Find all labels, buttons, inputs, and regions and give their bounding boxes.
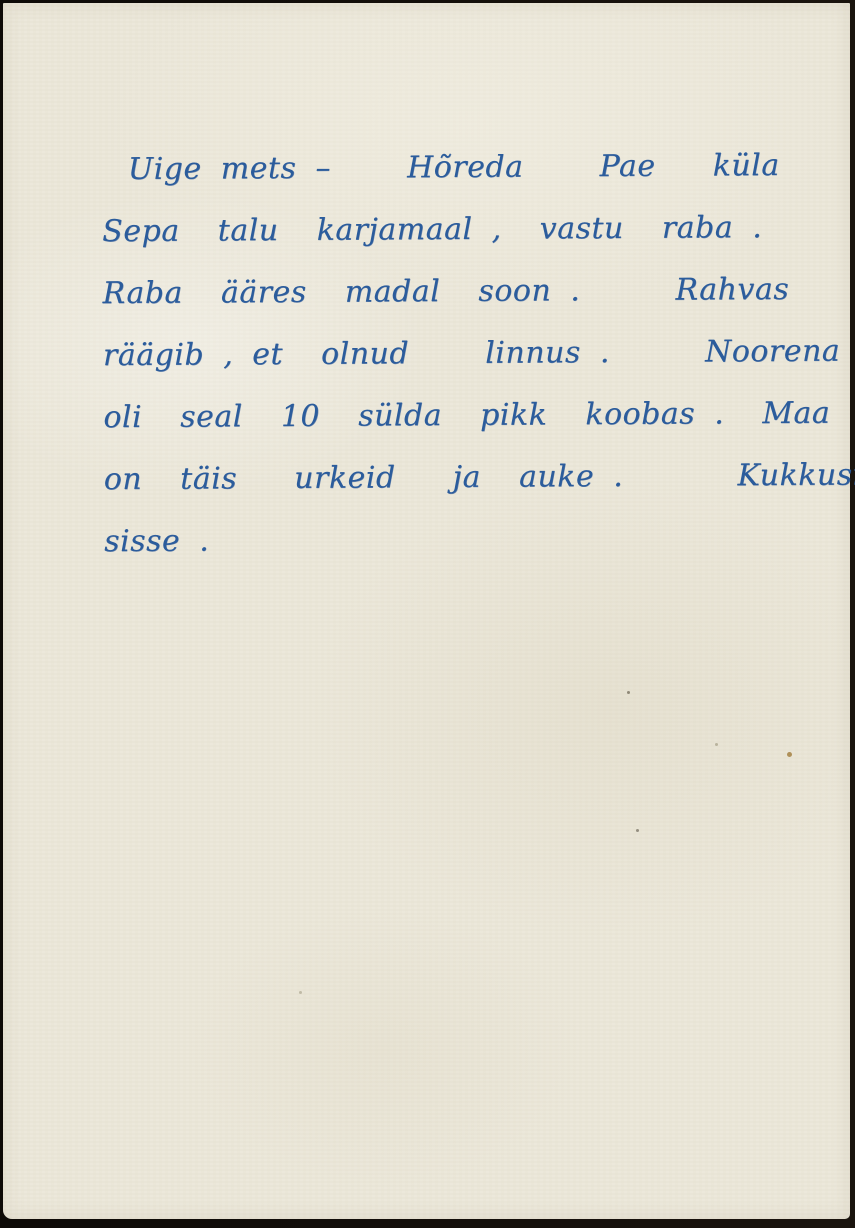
paper-speck (627, 691, 630, 694)
paper: Uige mets – Hõreda Pae küla Sepa talu ka… (3, 3, 850, 1219)
paper-speck (715, 743, 718, 746)
handwritten-line: oli seal 10 sülda pikk koobas . Maa (103, 383, 815, 449)
handwritten-line: on täis urkeid ja auke . Kukkusin (104, 445, 816, 511)
handwritten-line: Sepa talu karjamaal , vastu raba . (102, 197, 814, 263)
handwritten-note: Uige mets – Hõreda Pae küla Sepa talu ka… (102, 135, 817, 573)
handwritten-line: Raba ääres madal soon . Rahvas (102, 259, 814, 325)
paper-speck (636, 829, 639, 832)
handwritten-line: Uige mets – Hõreda Pae küla (102, 135, 814, 201)
scan-background: Uige mets – Hõreda Pae küla Sepa talu ka… (0, 0, 855, 1228)
handwritten-line: sisse . (104, 507, 816, 573)
paper-speck (787, 752, 792, 757)
handwritten-line: räägib , et olnud linnus . Noorena (103, 321, 815, 387)
paper-speck (299, 991, 302, 994)
